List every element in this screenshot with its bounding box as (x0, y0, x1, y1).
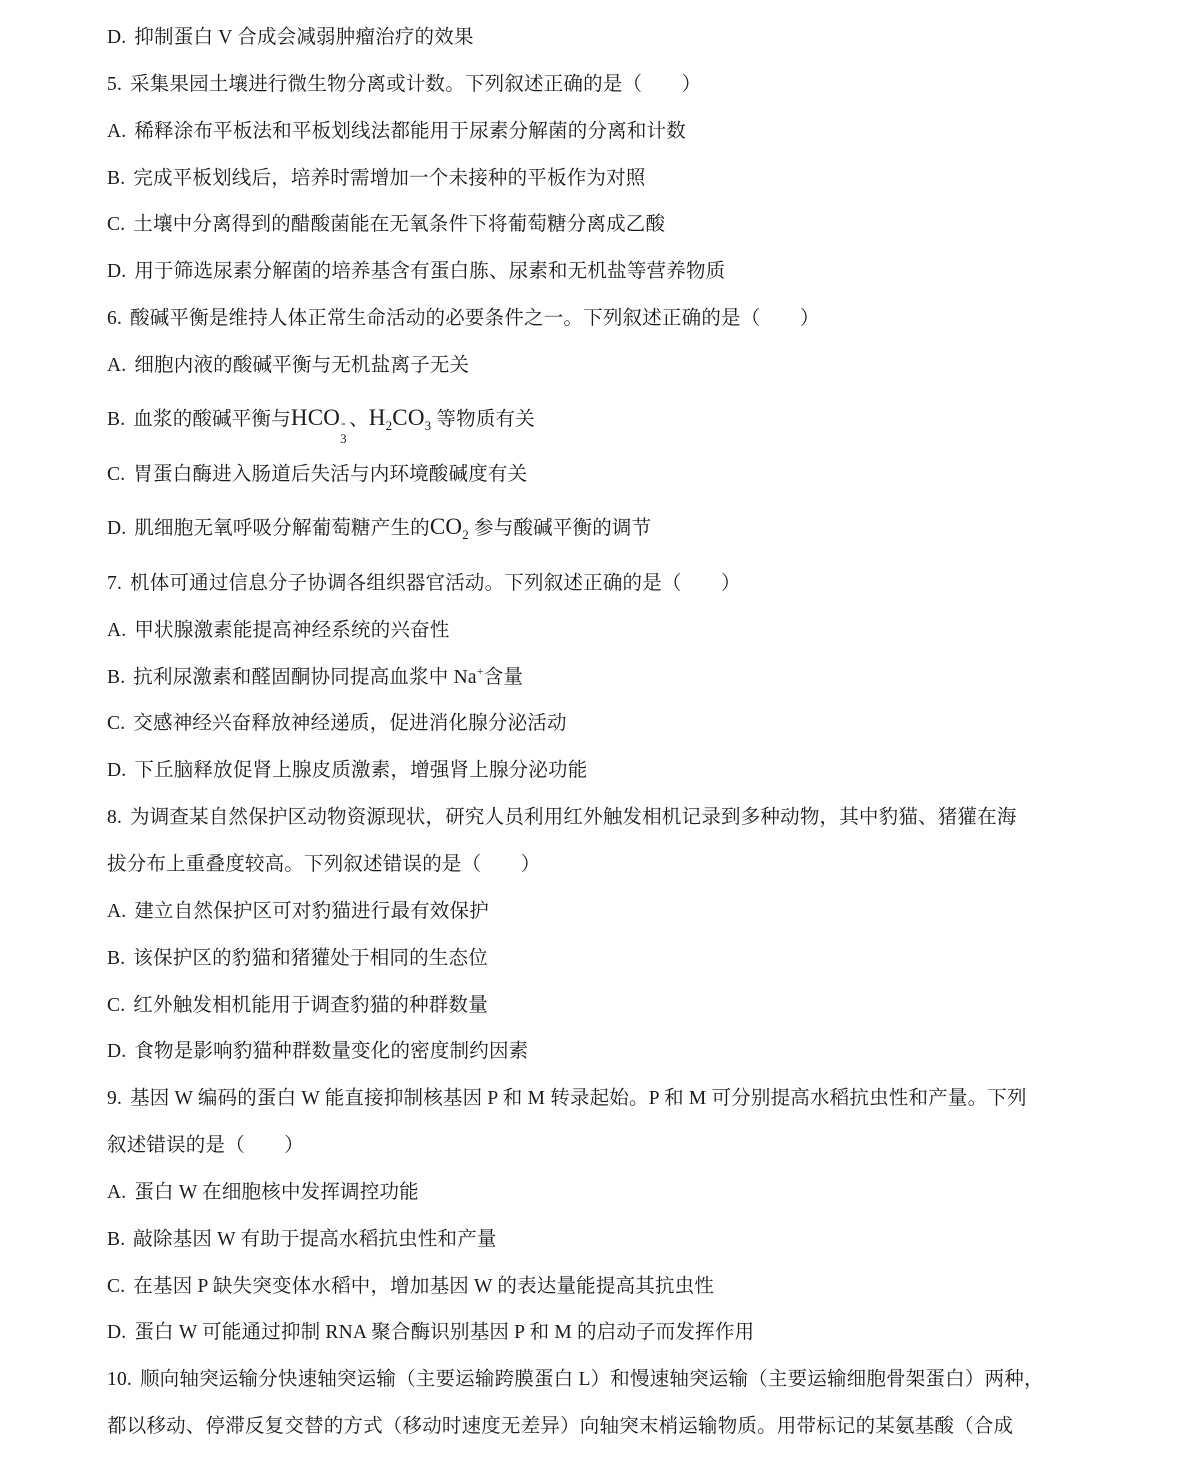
option-text: 敲除基因 W 有助于提高水稻抗虫性和产量 (133, 1229, 496, 1250)
q5-option-b: B.完成平板划线后，培养时需增加一个未接种的平板作为对照 (107, 167, 646, 191)
option-label: C. (107, 214, 125, 235)
question-text: 采集果园土壤进行微生物分离或计数。下列叙述正确的是（ ） (130, 74, 701, 95)
option-text: 建立自然保护区可对豹猫进行最有效保护 (134, 901, 489, 922)
question-text: 酸碱平衡是维持人体正常生命活动的必要条件之一。下列叙述正确的是（ ） (130, 308, 820, 329)
option-text: 抑制蛋白 V 合成会减弱肿瘤治疗的效果 (134, 27, 473, 48)
option-label: C. (107, 995, 125, 1016)
question-number: 10. (107, 1369, 132, 1390)
q5-stem: 5.采集果园土壤进行微生物分离或计数。下列叙述正确的是（ ） (107, 73, 701, 97)
option-text-tail: 参与酸碱平衡的调节 (469, 518, 651, 539)
q7-option-d: D.下丘脑释放促肾上腺皮质激素，增强肾上腺分泌功能 (107, 759, 587, 783)
option-text: 稀释涂布平板法和平板划线法都能用于尿素分解菌的分离和计数 (134, 121, 686, 142)
q5-option-d: D.用于筛选尿素分解菌的培养基含有蛋白胨、尿素和无机盐等营养物质 (107, 260, 725, 284)
q8-option-b: B.该保护区的豹猫和猪獾处于相同的生态位 (107, 947, 488, 971)
option-label: B. (107, 409, 125, 430)
option-text: 蛋白 W 在细胞核中发挥调控功能 (134, 1182, 419, 1203)
q6-option-b: B.血浆的酸碱平衡与HCO-3、H2CO3 等物质有关 (107, 406, 535, 432)
option-text: 细胞内液的酸碱平衡与无机盐离子无关 (134, 355, 469, 376)
option-text: 肌细胞无氧呼吸分解葡萄糖产生的 (134, 518, 430, 539)
question-text: 叙述错误的是（ ） (107, 1135, 304, 1156)
option-label: D. (107, 27, 126, 48)
question-number: 6. (107, 308, 122, 329)
option-label: B. (107, 1229, 125, 1250)
option-label: D. (107, 518, 126, 539)
question-number: 9. (107, 1088, 122, 1109)
option-label: D. (107, 1041, 126, 1062)
option-text-tail: 等物质有关 (431, 409, 535, 430)
q10-stem-line1: 10.顺向轴突运输分快速轴突运输（主要运输跨膜蛋白 L）和慢速轴突运输（主要运输… (107, 1368, 1044, 1392)
q9-option-c: C.在基因 P 缺失突变体水稻中，增加基因 W 的表达量能提高其抗虫性 (107, 1275, 714, 1299)
q8-option-d: D.食物是影响豹猫种群数量变化的密度制约因素 (107, 1040, 528, 1064)
q8-stem-line1: 8.为调查某自然保护区动物资源现状，研究人员利用红外触发相机记录到多种动物，其中… (107, 806, 1017, 830)
q7-option-c: C.交感神经兴奋释放神经递质，促进消化腺分泌活动 (107, 712, 567, 736)
q9-stem-line2: 叙述错误的是（ ） (107, 1134, 304, 1158)
q6-option-c: C.胃蛋白酶进入肠道后失活与内环境酸碱度有关 (107, 463, 527, 487)
option-text: 土壤中分离得到的醋酸菌能在无氧条件下将葡萄糖分离成乙酸 (133, 214, 665, 235)
option-label: B. (107, 667, 125, 688)
q9-option-a: A.蛋白 W 在细胞核中发挥调控功能 (107, 1181, 419, 1205)
option-label: A. (107, 121, 126, 142)
option-label: C. (107, 1276, 125, 1297)
option-label: D. (107, 760, 126, 781)
option-label: C. (107, 464, 125, 485)
option-label: A. (107, 355, 126, 376)
superscript-plus: + (477, 664, 484, 678)
option-label: B. (107, 948, 125, 969)
q10-stem-line2: 都以移动、停滞反复交替的方式（移动时速度无差异）向轴突末梢运输物质。用带标记的某… (107, 1415, 1013, 1439)
chem-formula-carbonic-acid: H2CO3 (369, 405, 432, 430)
option-text: 红外触发相机能用于调查豹猫的种群数量 (133, 995, 488, 1016)
q6-stem: 6.酸碱平衡是维持人体正常生命活动的必要条件之一。下列叙述正确的是（ ） (107, 307, 820, 331)
question-text: 基因 W 编码的蛋白 W 能直接抑制核基因 P 和 M 转录起始。P 和 M 可… (130, 1088, 1027, 1109)
q7-option-a: A.甲状腺激素能提高神经系统的兴奋性 (107, 619, 450, 643)
q8-option-c: C.红外触发相机能用于调查豹猫的种群数量 (107, 994, 488, 1018)
question-number: 8. (107, 807, 122, 828)
option-text: 交感神经兴奋释放神经递质，促进消化腺分泌活动 (133, 713, 566, 734)
question-text: 顺向轴突运输分快速轴突运输（主要运输跨膜蛋白 L）和慢速轴突运输（主要运输细胞骨… (140, 1369, 1044, 1390)
option-label: B. (107, 168, 125, 189)
q9-stem-line1: 9.基因 W 编码的蛋白 W 能直接抑制核基因 P 和 M 转录起始。P 和 M… (107, 1087, 1027, 1111)
chem-formula-co2: CO2 (430, 514, 469, 539)
option-text: 食物是影响豹猫种群数量变化的密度制约因素 (134, 1041, 528, 1062)
question-number: 7. (107, 573, 122, 594)
option-text: 用于筛选尿素分解菌的培养基含有蛋白胨、尿素和无机盐等营养物质 (134, 261, 725, 282)
option-text: 完成平板划线后，培养时需增加一个未接种的平板作为对照 (133, 168, 645, 189)
option-text-tail: 含量 (484, 667, 523, 688)
q9-option-b: B.敲除基因 W 有助于提高水稻抗虫性和产量 (107, 1228, 497, 1252)
question-text: 为调查某自然保护区动物资源现状，研究人员利用红外触发相机记录到多种动物，其中豹猫… (130, 807, 1017, 828)
option-text: 在基因 P 缺失突变体水稻中，增加基因 W 的表达量能提高其抗虫性 (133, 1276, 714, 1297)
option-text: 该保护区的豹猫和猪獾处于相同的生态位 (133, 948, 488, 969)
option-text: 甲状腺激素能提高神经系统的兴奋性 (134, 620, 449, 641)
question-text: 机体可通过信息分子协调各组织器官活动。下列叙述正确的是（ ） (130, 573, 741, 594)
option-label: A. (107, 901, 126, 922)
q8-option-a: A.建立自然保护区可对豹猫进行最有效保护 (107, 900, 489, 924)
option-text: 胃蛋白酶进入肠道后失活与内环境酸碱度有关 (133, 464, 527, 485)
option-label: D. (107, 1322, 126, 1343)
option-label: A. (107, 620, 126, 641)
q8-stem-line2: 拔分布上重叠度较高。下列叙述错误的是（ ） (107, 853, 540, 877)
option-text: 蛋白 W 可能通过抑制 RNA 聚合酶识别基因 P 和 M 的启动子而发挥作用 (134, 1322, 754, 1343)
option-label: C. (107, 713, 125, 734)
question-number: 5. (107, 74, 122, 95)
q4-option-d: D.抑制蛋白 V 合成会减弱肿瘤治疗的效果 (107, 26, 474, 50)
option-label: D. (107, 261, 126, 282)
option-text: 抗利尿激素和醛固酮协同提高血浆中 Na (133, 667, 476, 688)
option-label: A. (107, 1182, 126, 1203)
chem-formula-bicarbonate: HCO-3 (291, 405, 349, 430)
q6-option-a: A.细胞内液的酸碱平衡与无机盐离子无关 (107, 354, 469, 378)
question-text: 拔分布上重叠度较高。下列叙述错误的是（ ） (107, 854, 540, 875)
option-text: 下丘脑释放促肾上腺皮质激素，增强肾上腺分泌功能 (134, 760, 587, 781)
q9-option-d: D.蛋白 W 可能通过抑制 RNA 聚合酶识别基因 P 和 M 的启动子而发挥作… (107, 1321, 754, 1345)
question-text: 都以移动、停滞反复交替的方式（移动时速度无差异）向轴突末梢运输物质。用带标记的某… (107, 1416, 1013, 1437)
q6-option-d: D.肌细胞无氧呼吸分解葡萄糖产生的CO2 参与酸碱平衡的调节 (107, 515, 651, 541)
q7-stem: 7.机体可通过信息分子协调各组织器官活动。下列叙述正确的是（ ） (107, 572, 741, 596)
q5-option-a: A.稀释涂布平板法和平板划线法都能用于尿素分解菌的分离和计数 (107, 120, 686, 144)
option-text: 血浆的酸碱平衡与 (133, 409, 291, 430)
q5-option-c: C.土壤中分离得到的醋酸菌能在无氧条件下将葡萄糖分离成乙酸 (107, 213, 665, 237)
q7-option-b: B.抗利尿激素和醛固酮协同提高血浆中 Na+含量 (107, 666, 523, 690)
